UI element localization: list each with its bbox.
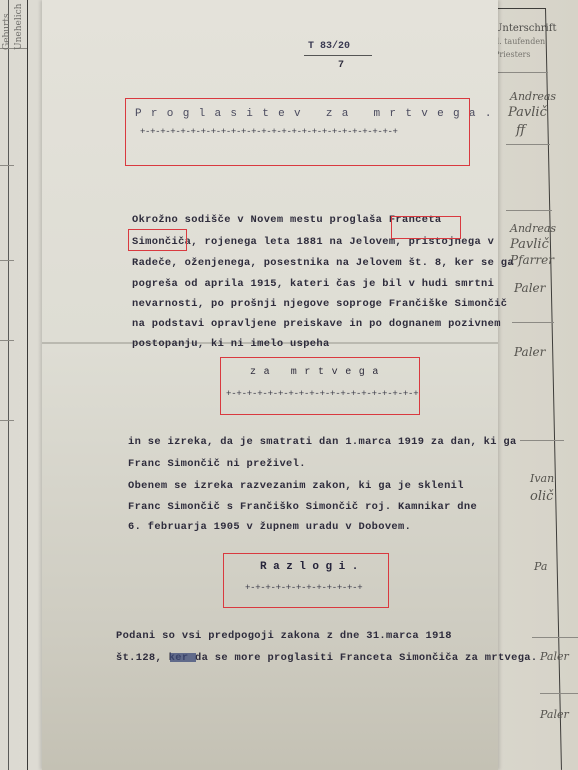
- ledger-column-header: Unehelich: [14, 10, 40, 50]
- handwritten-signature: Pavlič: [508, 106, 547, 119]
- ledger-row-line: [496, 72, 548, 73]
- ledger-row-line: [540, 693, 578, 694]
- paragraph-2-line: in se izreka, da je smatrati dan 1.marca…: [128, 432, 517, 452]
- header-line: d. taufenden: [494, 35, 550, 48]
- handwritten-signature: Pa: [534, 560, 547, 573]
- ledger-row-line: [506, 144, 550, 145]
- paragraph-1-line: pogreša od aprila 1915, kateri čas je bi…: [132, 274, 494, 294]
- ledger-row-line: [520, 440, 564, 441]
- paragraph-3-line: Podani so vsi predpogoji zakona z dne 31…: [116, 626, 452, 646]
- ledger-signature-header: Unterschrift d. taufenden Priesters: [494, 22, 550, 61]
- annotation-box-za-mrtvega: [220, 357, 420, 415]
- ledger-row-line: [0, 165, 14, 166]
- reference-sub: 7: [338, 60, 344, 71]
- annotation-box-franceta: [391, 216, 461, 239]
- handwritten-signature: ff: [516, 124, 525, 137]
- header-line: Priesters: [494, 48, 550, 61]
- header-line: Unterschrift: [494, 22, 550, 35]
- ledger-row-line: [512, 322, 554, 323]
- ledger-row-line: [0, 420, 14, 421]
- annotation-box-simoncica: [128, 229, 187, 251]
- handwritten-signature: Paler: [514, 282, 545, 295]
- ledger-column-line: [27, 0, 28, 770]
- ledger-row-line: [506, 210, 552, 211]
- struck-out-word: [170, 653, 196, 662]
- paragraph-2-line: Obenem se izreka razvezanim zakon, ki ga…: [128, 476, 464, 496]
- paragraph-1-line: postopanju, ki ni imelo uspeha: [132, 334, 330, 354]
- paragraph-2-line: 6. februarja 1905 v župnem uradu v Dobov…: [128, 517, 411, 537]
- handwritten-signature: Paler: [540, 650, 569, 663]
- reference-number: T 83/20: [308, 41, 350, 52]
- annotation-box-title: [125, 98, 470, 166]
- ledger-row-line: [496, 8, 546, 9]
- paragraph-1-line: nevarnosti, po prošnji njegove soproge F…: [132, 294, 507, 314]
- paragraph-2-line: Franc Simončič s Frančiško Simončič roj.…: [128, 497, 477, 517]
- annotation-box-razlogi: [223, 553, 389, 608]
- reference-underline: [304, 55, 372, 56]
- ledger-row-line: [0, 260, 14, 261]
- handwritten-signature: Pfarrer: [510, 254, 554, 267]
- handwritten-signature: olič: [530, 490, 553, 503]
- handwritten-signature: Ivan: [530, 472, 554, 485]
- handwritten-signature: Paler: [540, 708, 569, 721]
- paragraph-1-line: Radeče, oženjenega, posestnika na Jelove…: [132, 253, 514, 273]
- handwritten-signature: Andreas: [510, 90, 556, 103]
- handwritten-signature: Paler: [514, 346, 545, 359]
- handwritten-signature: Pavlič: [510, 238, 549, 251]
- paragraph-1-line: na podstavi opravljene preiskave in po d…: [132, 314, 501, 334]
- ledger-row-line: [532, 637, 578, 638]
- paragraph-2-line: Franc Simončič ni preživel.: [128, 454, 306, 474]
- ledger-row-line: [0, 340, 14, 341]
- ledger-column-line: [8, 0, 9, 770]
- handwritten-signature: Andreas: [510, 222, 556, 235]
